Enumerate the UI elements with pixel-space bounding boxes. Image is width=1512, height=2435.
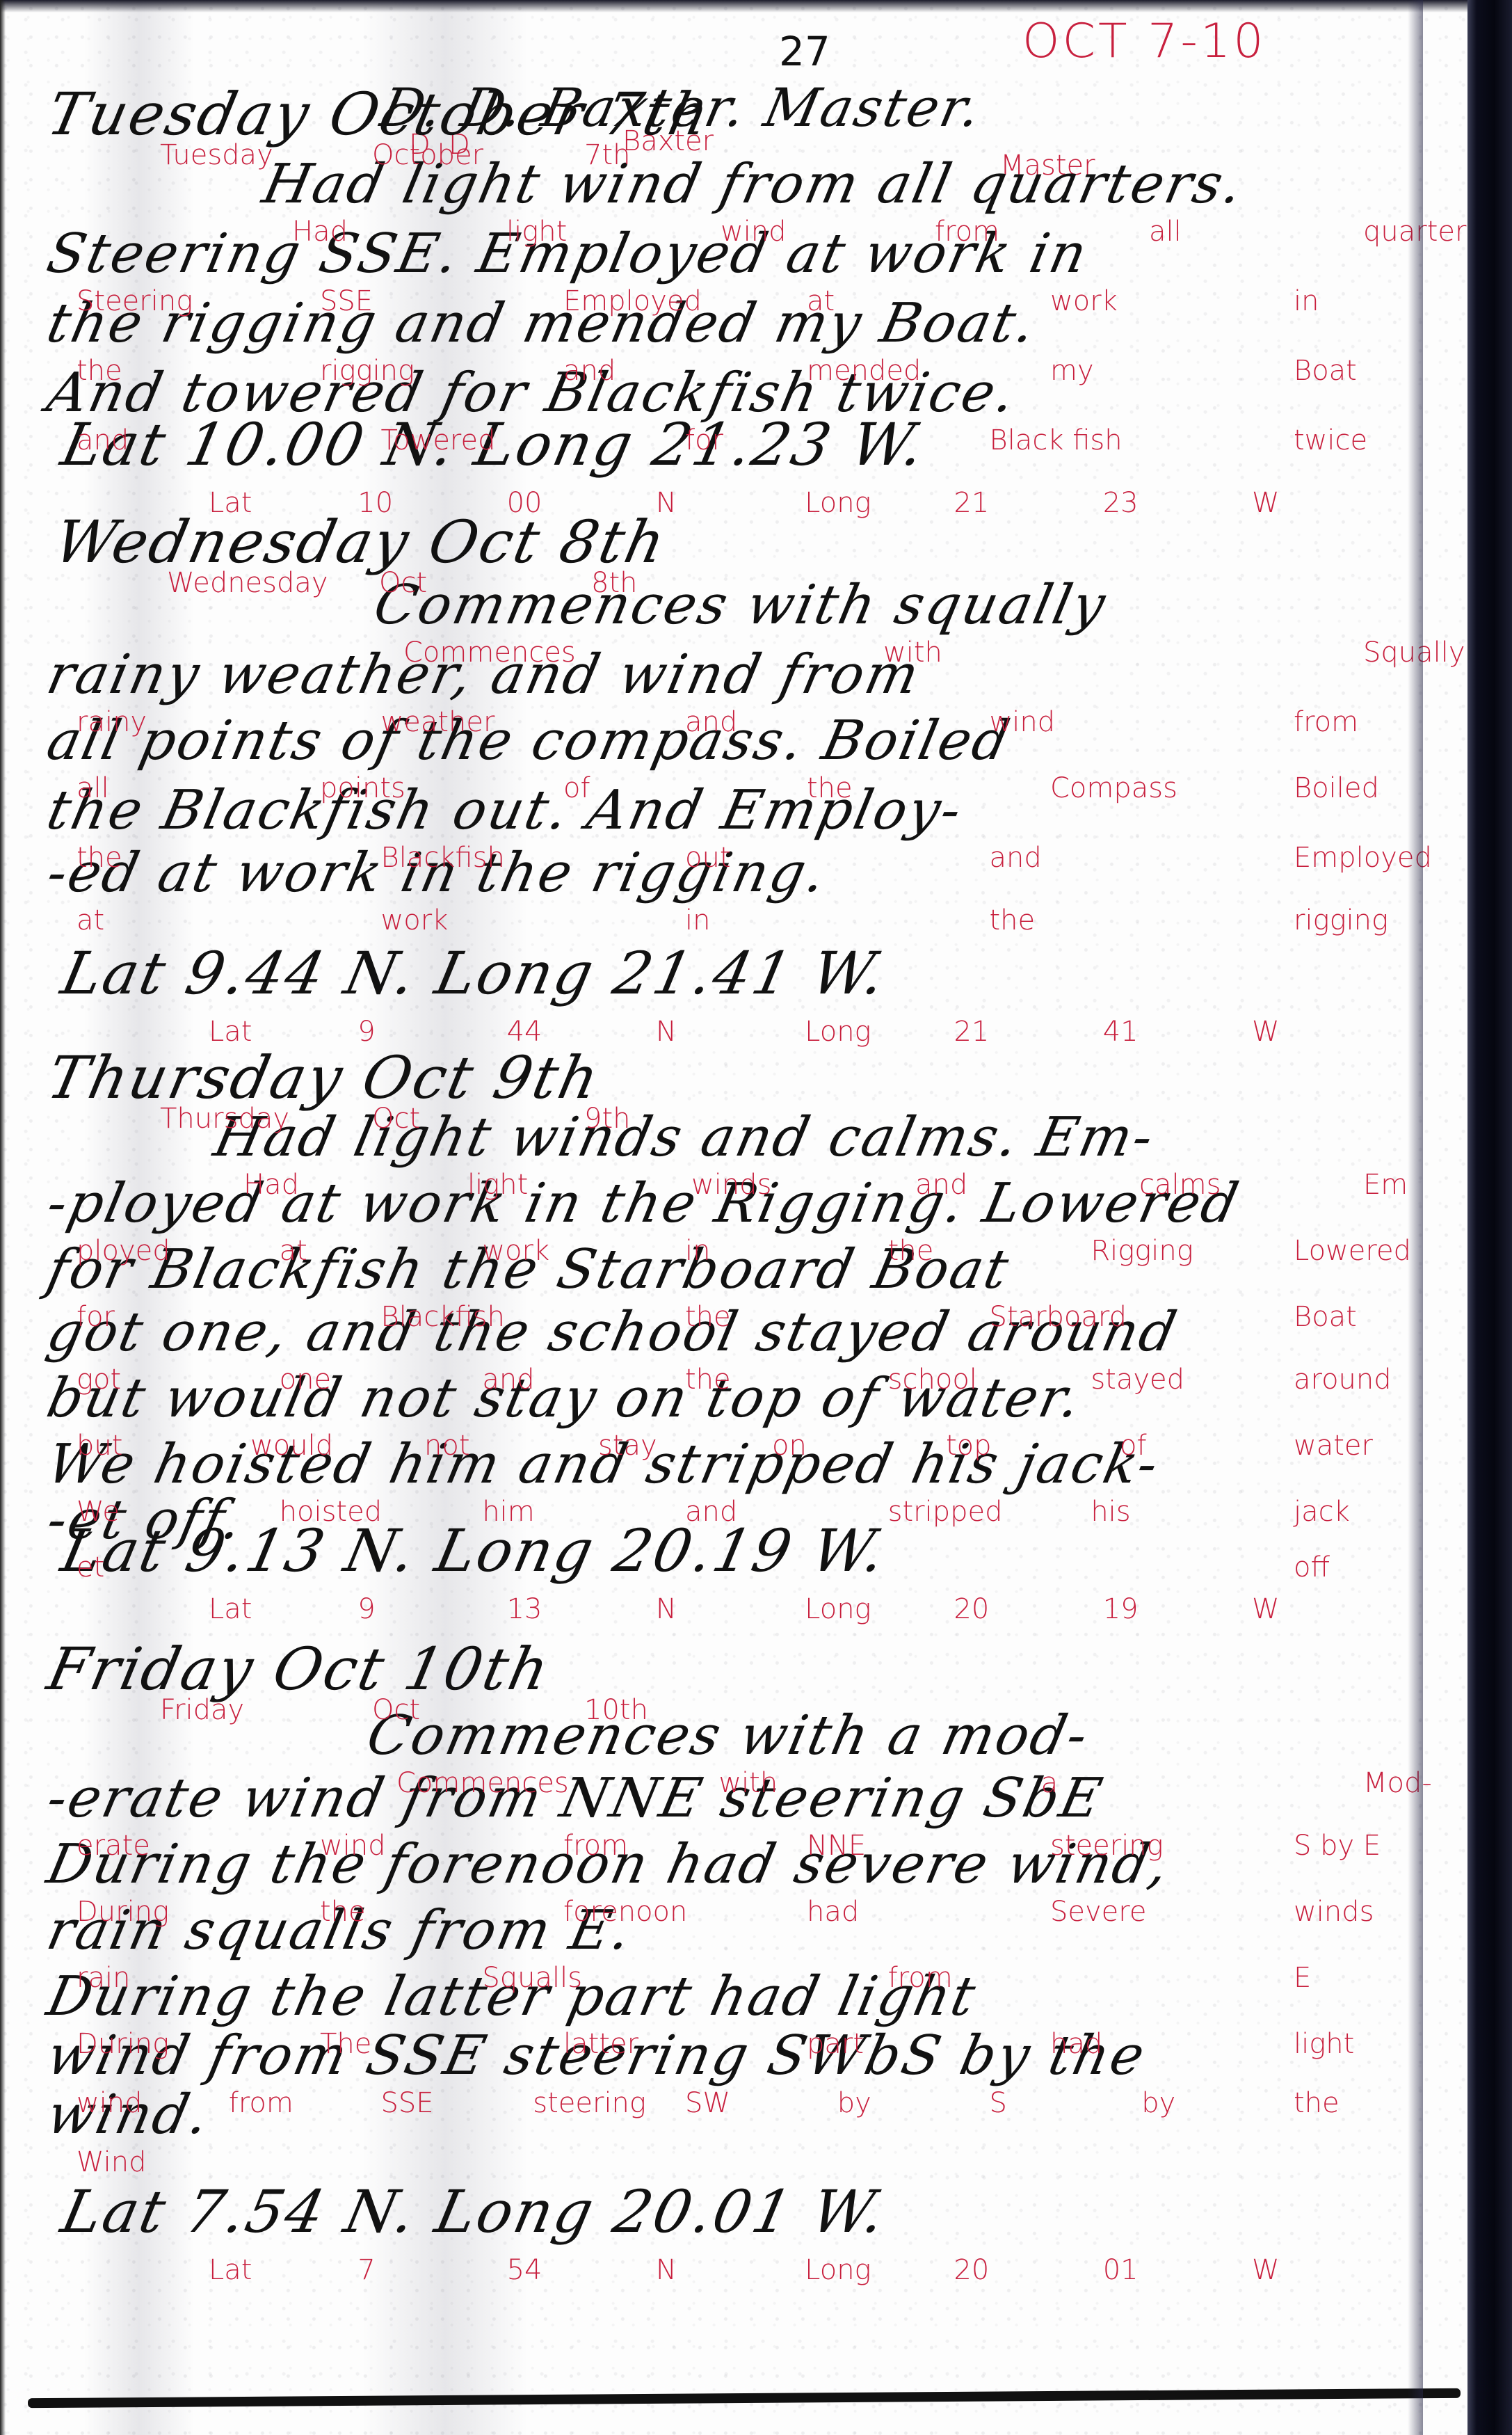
transcribed-word: the: [77, 842, 122, 874]
transcribed-word: the: [807, 772, 853, 804]
transcribed-word: Long: [805, 487, 871, 519]
transcribed-word: Wind: [77, 2146, 147, 2178]
transcribed-word: Long: [805, 2254, 871, 2286]
transcribed-word: N: [656, 2254, 677, 2286]
transcribed-word: all: [1149, 216, 1182, 248]
transcribed-word: and: [915, 1169, 967, 1201]
transcribed-word: rigging: [320, 355, 415, 387]
transcribed-word: Boat: [1294, 1301, 1357, 1333]
transcribed-word: the: [320, 1896, 366, 1928]
transcribed-word: 23: [1103, 487, 1139, 519]
handwritten-line: all points of the compass. Boiled: [42, 710, 1017, 772]
transcribed-word: 7: [357, 2254, 375, 2286]
transcribed-word: 41: [1103, 1016, 1139, 1048]
transcribed-word: erate: [77, 1830, 150, 1862]
transcribed-word: Boiled: [1294, 772, 1379, 804]
transcribed-word: off: [1294, 1551, 1330, 1583]
transcribed-word: rain: [77, 1962, 130, 1994]
transcribed-word: light: [467, 1169, 528, 1201]
page-top-edge: [0, 0, 1467, 13]
transcribed-word: W: [1252, 2254, 1280, 2286]
transcribed-word: at: [280, 1235, 307, 1267]
transcribed-word: 20: [954, 2254, 989, 2286]
transcribed-word: mended: [807, 355, 921, 387]
transcribed-word: the: [1294, 2087, 1340, 2119]
transcribed-word: We: [77, 1496, 120, 1528]
transcribed-word: school: [888, 1364, 977, 1396]
transcribed-word: SW: [685, 2087, 730, 2119]
transcribed-word: around: [1294, 1364, 1392, 1396]
transcribed-word: from: [1294, 706, 1358, 738]
transcribed-word: Steering: [77, 285, 193, 317]
transcribed-word: The: [320, 2028, 371, 2060]
transcribed-word: S: [990, 2087, 1007, 2119]
transcribed-word: all: [77, 772, 109, 804]
transcribed-word: twice: [1294, 424, 1367, 456]
transcribed-word: W: [1252, 1016, 1280, 1048]
transcribed-word: Lat: [209, 1016, 252, 1048]
transcribed-word: top: [946, 1430, 992, 1462]
transcribed-word: 10: [357, 487, 393, 519]
transcribed-word: from: [563, 1830, 628, 1862]
transcribed-word: Commences: [396, 1767, 569, 1799]
transcribed-word: my: [1050, 355, 1094, 387]
transcribed-word: had: [1050, 2028, 1102, 2060]
transcribed-word: light: [506, 216, 567, 248]
position-line: Lat 7.54 N. Long 20.01 W.: [56, 2178, 893, 2246]
transcribed-word: 21: [954, 1016, 989, 1048]
transcribed-word: in: [685, 1235, 710, 1267]
transcribed-word: 7th: [584, 139, 630, 171]
transcribed-word: Boat: [1294, 355, 1357, 387]
transcribed-word: and: [482, 1364, 534, 1396]
transcribed-word: N: [656, 1593, 677, 1625]
transcribed-word: ployed: [77, 1235, 170, 1267]
transcribed-word: of: [563, 772, 590, 804]
day-heading: Thursday Oct 9th: [42, 1044, 606, 1112]
transcribed-word: Long: [805, 1593, 871, 1625]
transcribed-word: on: [772, 1430, 807, 1462]
transcribed-word: calms: [1139, 1169, 1221, 1201]
transcribed-word: steering: [1050, 1830, 1164, 1862]
transcribed-word: During: [77, 2028, 169, 2060]
handwritten-line: Commences with a mod-: [362, 1704, 1095, 1767]
transcribed-word: and: [685, 1496, 737, 1528]
transcribed-word: by: [1141, 2087, 1175, 2119]
transcribed-word: SSE: [320, 285, 373, 317]
transcribed-word: Lat: [209, 2254, 252, 2286]
transcribed-word: 10th: [584, 1694, 648, 1726]
transcribed-word: wind: [990, 706, 1056, 738]
transcribed-word: work: [482, 1235, 549, 1267]
transcribed-word: the: [990, 904, 1036, 936]
transcribed-word: 19: [1103, 1593, 1139, 1625]
transcribed-word: out: [685, 842, 731, 874]
transcribed-word: with: [718, 1767, 778, 1799]
journal-page: 27 OCT 7-10 D. D. Baxter. Master. D D Ba…: [0, 0, 1467, 2435]
date-range-annotation: OCT 7-10: [1022, 14, 1266, 69]
transcribed-word: water: [1294, 1430, 1373, 1462]
transcribed-word: 13: [507, 1593, 542, 1625]
transcribed-word: 54: [507, 2254, 542, 2286]
transcribed-word: and: [77, 424, 129, 456]
transcribed-word: had: [807, 1896, 859, 1928]
transcribed-word: winds: [1294, 1896, 1374, 1928]
transcribed-word: 00: [507, 487, 542, 519]
handwritten-line: Commences with squally: [369, 574, 1113, 637]
transcribed-word: Tuesday: [160, 139, 273, 171]
transcribed-word: rainy: [77, 706, 147, 738]
transcribed-word: stay: [598, 1430, 657, 1462]
transcribed-word: During: [77, 1896, 169, 1928]
handwritten-line: Had light winds and calms. Em-: [209, 1106, 1161, 1169]
transcribed-word: the: [77, 355, 122, 387]
transcribed-word: and: [563, 355, 616, 387]
transcribed-word: the: [888, 1235, 934, 1267]
transcribed-word: Severe: [1050, 1896, 1146, 1928]
position-line: Lat 9.13 N. Long 20.19 W.: [56, 1517, 893, 1585]
day-heading: Tuesday October 7th: [42, 80, 717, 148]
transcribed-word: Thursday: [160, 1103, 289, 1135]
transcribed-word: of: [1120, 1430, 1147, 1462]
transcribed-word: his: [1091, 1496, 1130, 1528]
transcribed-word: Employed: [563, 285, 702, 317]
transcribed-word: Squalls: [482, 1962, 582, 1994]
transcribed-word: 8th: [591, 567, 637, 599]
transcribed-word: light: [1294, 2028, 1354, 2060]
transcribed-word: NNE: [807, 1830, 866, 1862]
transcribed-word: Blackfish: [381, 842, 505, 874]
transcribed-word: Blackfish: [381, 1301, 505, 1333]
transcribed-word: 9: [357, 1593, 375, 1625]
transcribed-word: in: [685, 904, 710, 936]
transcribed-word: one: [280, 1364, 331, 1396]
day-heading: Friday Oct 10th: [42, 1635, 556, 1703]
transcribed-word: steering: [533, 2087, 646, 2119]
transcribed-word: Oct: [372, 1694, 420, 1726]
transcribed-word: would: [250, 1430, 333, 1462]
transcribed-word: hoisted: [280, 1496, 382, 1528]
position-line: Lat 9.44 N. Long 21.41 W.: [56, 939, 893, 1007]
transcribed-word: W: [1252, 1593, 1280, 1625]
transcribed-word: S by E: [1294, 1830, 1381, 1862]
transcribed-word: Long: [805, 1016, 871, 1048]
transcribed-word: Had: [292, 216, 348, 248]
transcribed-word: Lowered: [1294, 1235, 1411, 1267]
transcribed-word: not: [424, 1430, 470, 1462]
transcribed-word: October: [372, 139, 483, 171]
transcribed-word: points: [320, 772, 405, 804]
transcribed-word: Oct: [379, 567, 427, 599]
transcribed-word: from: [229, 2087, 293, 2119]
transcribed-word: Friday: [160, 1694, 244, 1726]
transcribed-word: Commences: [403, 637, 576, 669]
transcribed-word: winds: [691, 1169, 771, 1201]
transcribed-word: with: [883, 637, 942, 669]
handwritten-line: -ployed at work in the Rigging. Lowered: [42, 1172, 1246, 1235]
transcribed-word: Starboard: [990, 1301, 1127, 1333]
transcribed-word: Compass: [1050, 772, 1177, 804]
transcribed-word: Oct: [372, 1103, 420, 1135]
transcribed-word: part: [807, 2028, 864, 2060]
transcribed-word: wind: [320, 1830, 386, 1862]
transcribed-word: Rigging: [1091, 1235, 1193, 1267]
transcribed-word: work: [1050, 285, 1118, 317]
transcribed-word: Had: [243, 1169, 299, 1201]
page-number: 27: [779, 28, 830, 75]
transcribed-word: for: [685, 424, 723, 456]
transcribed-word: 44: [507, 1016, 542, 1048]
transcribed-word: but: [77, 1430, 122, 1462]
transcribed-word: Em: [1363, 1169, 1408, 1201]
transcribed-word: 9th: [584, 1103, 630, 1135]
transcribed-word: 20: [954, 1593, 989, 1625]
transcribed-word: wind: [77, 2087, 143, 2119]
transcribed-word: stayed: [1091, 1364, 1184, 1396]
transcribed-word: and: [685, 706, 737, 738]
transcribed-word: W: [1252, 487, 1280, 519]
transcribed-word: at: [77, 904, 104, 936]
transcribed-word: the: [685, 1364, 731, 1396]
transcribed-word: from: [935, 216, 999, 248]
book-binding: [1467, 0, 1512, 2435]
transcribed-word: Lat: [209, 1593, 252, 1625]
transcribed-word: in: [1294, 285, 1319, 317]
transcribed-word: jack: [1294, 1496, 1350, 1528]
transcribed-word: at: [807, 285, 835, 317]
transcribed-word: E: [1294, 1962, 1311, 1994]
transcribed-word: weather: [381, 706, 495, 738]
transcribed-word: stripped: [888, 1496, 1003, 1528]
transcribed-word: a: [1041, 1767, 1059, 1799]
transcribed-word: and: [990, 842, 1042, 874]
binding-shadow: [1408, 0, 1423, 2435]
page-left-edge: [0, 0, 6, 2435]
transcribed-word: rigging: [1294, 904, 1388, 936]
handwritten-line: -erate wind from NNE steering SbE: [42, 1767, 1109, 1830]
transcribed-word: wind: [721, 216, 787, 248]
transcribed-word: Lat: [209, 487, 252, 519]
transcribed-word: him: [482, 1496, 534, 1528]
transcribed-word: SSE: [381, 2087, 434, 2119]
transcribed-word: N: [656, 1016, 677, 1048]
transcribed-word: Wednesday: [167, 567, 328, 599]
transcribed-word: 01: [1103, 2254, 1139, 2286]
transcribed-word: forenoon: [563, 1896, 687, 1928]
transcribed-word: by: [837, 2087, 871, 2119]
transcribed-word: the: [685, 1301, 731, 1333]
transcribed-word: from: [888, 1962, 953, 1994]
transcribed-word: latter: [563, 2028, 638, 2060]
transcribed-word: got: [77, 1364, 121, 1396]
transcribed-word: et: [77, 1551, 104, 1583]
transcribed-word: Black fish: [990, 424, 1123, 456]
transcribed-word: 9: [357, 1016, 375, 1048]
transcribed-word: 21: [954, 487, 989, 519]
transcribed-word: for: [77, 1301, 115, 1333]
transcribed-word: N: [656, 487, 677, 519]
transcribed-word: work: [381, 904, 449, 936]
transcribed-word: Towered: [381, 424, 496, 456]
